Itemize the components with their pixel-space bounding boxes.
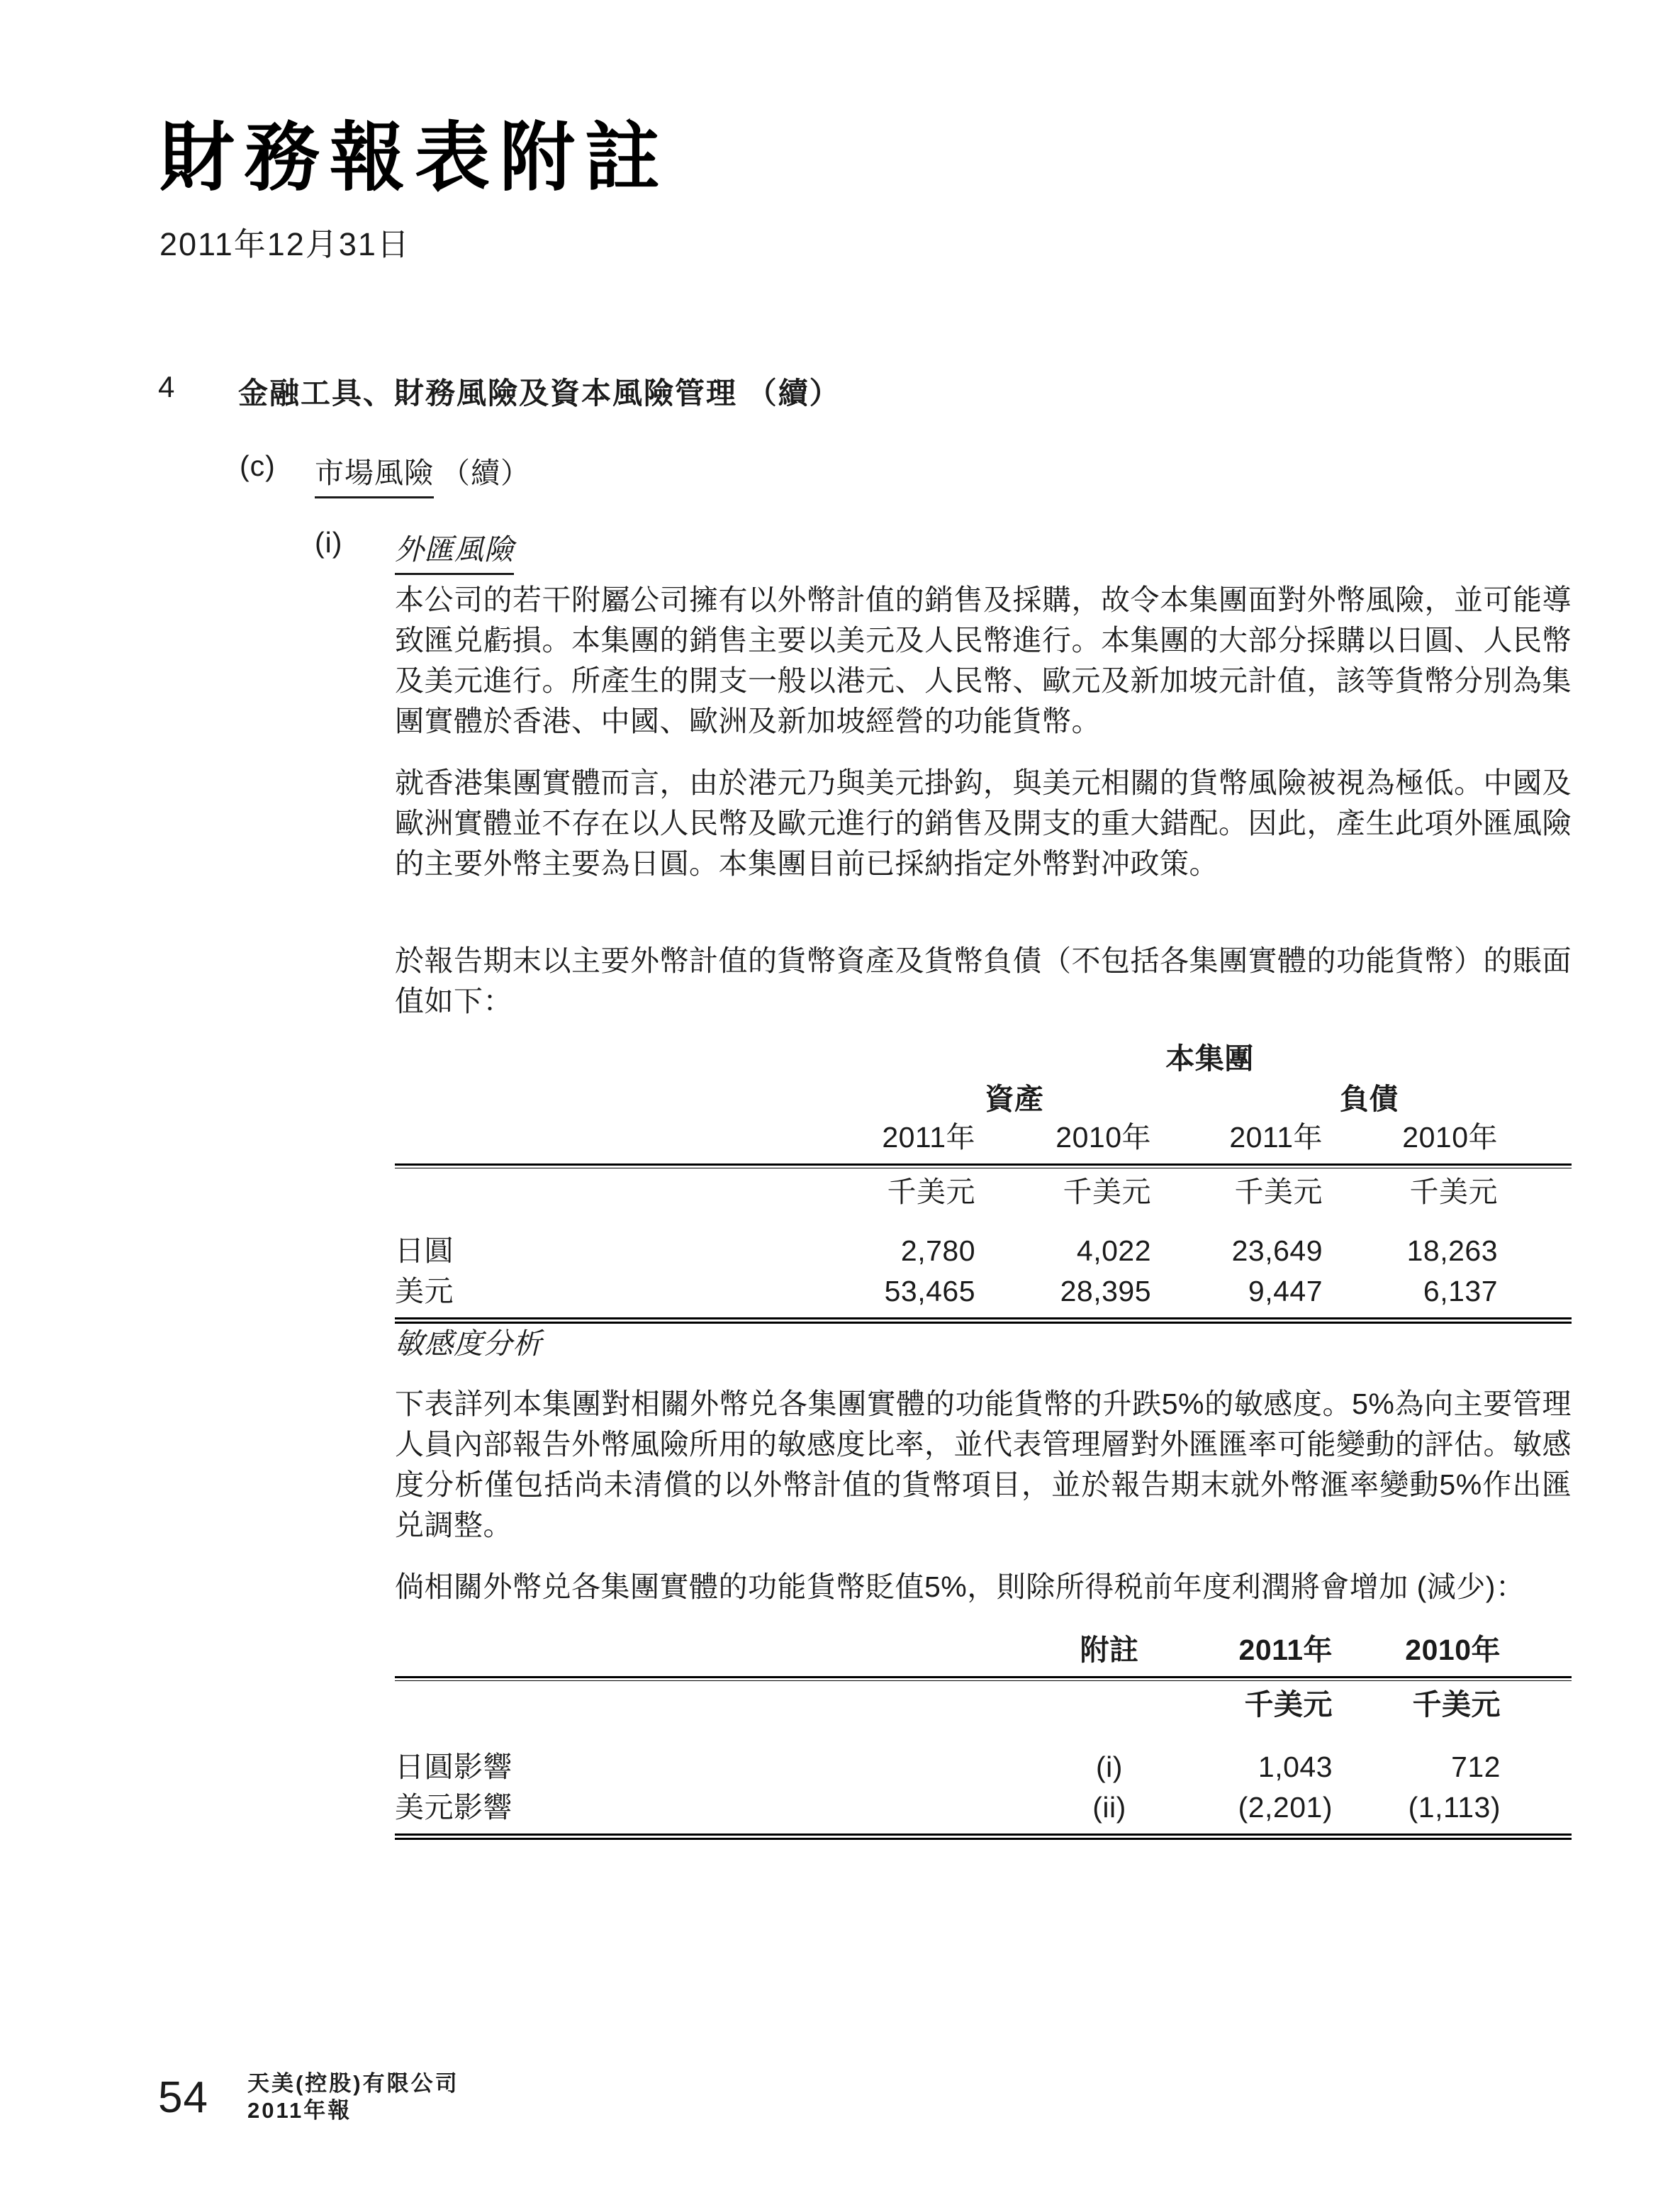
annual-report-year: 2011年報 bbox=[247, 2097, 459, 2124]
table2-units-row: 千美元 千美元 bbox=[395, 1681, 1572, 1747]
page-footer: 54 天美(控股)有限公司 2011年報 bbox=[158, 2070, 459, 2124]
subsection-c-heading: (c) 市場風險 （續） bbox=[240, 450, 530, 498]
table2-usd-2010: (1,113) bbox=[1333, 1787, 1501, 1828]
table1-year-col2: 2010年 bbox=[975, 1120, 1151, 1163]
spacer bbox=[395, 1168, 798, 1231]
footer-company-block: 天美(控股)有限公司 2011年報 bbox=[247, 2070, 459, 2124]
paragraph-sensitivity-detail: 下表詳列本集團對相關外幣兑各集團實體的功能貨幣的升跌5%的敏感度。5%為向主要管… bbox=[395, 1384, 1572, 1546]
section-title: 金融工具、財務風險及資本風險管理 （續） bbox=[238, 370, 841, 413]
sensitivity-effect-table: 附註 2011年 2010年 千美元 千美元 日圓影響 (i) 1,043 71… bbox=[395, 1632, 1572, 1840]
monetary-assets-liabilities-table: 本集團 資產 負債 2011年 2010年 2011年 2010年 千美元 千美… bbox=[395, 1039, 1572, 1324]
table1-years-row: 2011年 2010年 2011年 2010年 bbox=[395, 1120, 1572, 1163]
subsection-i-label: (i) bbox=[315, 526, 395, 559]
spacer bbox=[395, 1120, 798, 1163]
subsection-c-title: 市場風險 bbox=[315, 450, 434, 498]
spacer bbox=[395, 1681, 1056, 1747]
table2-jpy-2010: 712 bbox=[1333, 1747, 1501, 1787]
spacer bbox=[1501, 1787, 1571, 1828]
page-date: 2011年12月31日 bbox=[159, 218, 670, 264]
table1-jpy-assets-2010: 4,022 bbox=[975, 1231, 1151, 1271]
spacer bbox=[1501, 1681, 1571, 1747]
table1-unit-col1: 千美元 bbox=[798, 1168, 975, 1231]
paragraph-carrying-amounts-intro: 於報告期末以主要外幣計值的貨幣資產及貨幣負債（不包括各集團實體的功能貨幣）的賬面… bbox=[395, 941, 1572, 1022]
report-page: 財務報表附註 2011年12月31日 4 金融工具、財務風險及資本風險管理 （續… bbox=[0, 0, 1680, 2188]
table1-row-jpy: 日圓 2,780 4,022 23,649 18,263 bbox=[395, 1231, 1572, 1271]
table2-header-row: 附註 2011年 2010年 bbox=[395, 1632, 1572, 1676]
table1-year-col4: 2010年 bbox=[1323, 1120, 1498, 1163]
table1-units-row: 千美元 千美元 千美元 千美元 bbox=[395, 1168, 1572, 1231]
table2-unit-col1: 千美元 bbox=[1163, 1681, 1333, 1747]
document-header: 財務報表附註 2011年12月31日 bbox=[159, 117, 670, 264]
table2-year-col1: 2011年 bbox=[1163, 1632, 1333, 1676]
table2-header-rule bbox=[395, 1676, 1572, 1681]
table1-group-header-row: 本集團 bbox=[395, 1039, 1572, 1079]
subsection-i-title: 外匯風險 bbox=[395, 526, 514, 575]
table2-row-jpy-impact: 日圓影響 (i) 1,043 712 bbox=[395, 1747, 1572, 1787]
table1-colgroup-row: 資產 負債 bbox=[395, 1079, 1572, 1120]
spacer bbox=[1501, 1632, 1571, 1676]
row-label: 日圓 bbox=[395, 1231, 798, 1271]
subsection-i-heading: (i) 外匯風險 bbox=[315, 526, 514, 575]
row-label: 美元影響 bbox=[395, 1787, 1056, 1828]
table1-year-col3: 2011年 bbox=[1151, 1120, 1323, 1163]
section-number: 4 bbox=[158, 370, 238, 404]
spacer bbox=[1498, 1120, 1571, 1163]
table1-unit-col2: 千美元 bbox=[975, 1168, 1151, 1231]
spacer bbox=[1501, 1747, 1571, 1787]
table1-assets-header: 資產 bbox=[838, 1079, 1191, 1120]
table1-jpy-liab-2011: 23,649 bbox=[1151, 1231, 1323, 1271]
table1-group-header: 本集團 bbox=[860, 1039, 1559, 1079]
table2-row-usd-impact: 美元影響 (ii) (2,201) (1,113) bbox=[395, 1787, 1572, 1828]
company-name: 天美(控股)有限公司 bbox=[247, 2070, 459, 2097]
table1-usd-liab-2010: 6,137 bbox=[1323, 1271, 1498, 1312]
table2-note-header: 附註 bbox=[1056, 1632, 1163, 1676]
table1-unit-col4: 千美元 bbox=[1323, 1168, 1498, 1231]
table2-usd-note-ref: (ii) bbox=[1056, 1787, 1163, 1828]
table1-row-usd: 美元 53,465 28,395 9,447 6,137 bbox=[395, 1271, 1572, 1312]
table2-unit-col2: 千美元 bbox=[1333, 1681, 1501, 1747]
spacer bbox=[1056, 1681, 1163, 1747]
table2-jpy-2011: 1,043 bbox=[1163, 1747, 1333, 1787]
table1-jpy-assets-2011: 2,780 bbox=[798, 1231, 975, 1271]
table1-bottom-rule bbox=[395, 1317, 1572, 1324]
table2-year-col2: 2010年 bbox=[1333, 1632, 1501, 1676]
section-heading: 4 金融工具、財務風險及資本風險管理 （續） bbox=[158, 370, 841, 413]
subsection-c-continued: （續） bbox=[441, 450, 530, 491]
table1-usd-assets-2011: 53,465 bbox=[798, 1271, 975, 1312]
spacer bbox=[1498, 1231, 1571, 1271]
paragraph-fx-exposure: 本公司的若干附屬公司擁有以外幣計值的銷售及採購，故令本集團面對外幣風險，並可能導… bbox=[395, 580, 1572, 742]
content-column: 本公司的若干附屬公司擁有以外幣計值的銷售及採購，故令本集團面對外幣風險，並可能導… bbox=[395, 580, 1572, 1840]
table1-header-rule bbox=[395, 1163, 1572, 1168]
subsection-c-label: (c) bbox=[240, 450, 315, 483]
row-label: 美元 bbox=[395, 1271, 798, 1312]
page-title: 財務報表附註 bbox=[159, 117, 670, 200]
table1-usd-assets-2010: 28,395 bbox=[975, 1271, 1151, 1312]
sensitivity-analysis-heading: 敏感度分析 bbox=[395, 1324, 1572, 1364]
paragraph-depreciation-effect-intro: 倘相關外幣兑各集團實體的功能貨幣貶值5%，則除所得税前年度利潤將會增加 (減少)… bbox=[395, 1567, 1572, 1607]
table2-jpy-note-ref: (i) bbox=[1056, 1747, 1163, 1787]
row-label: 日圓影響 bbox=[395, 1747, 1056, 1787]
table1-unit-col3: 千美元 bbox=[1151, 1168, 1323, 1231]
table1-year-col1: 2011年 bbox=[798, 1120, 975, 1163]
spacer bbox=[1498, 1271, 1571, 1312]
table1-usd-liab-2011: 9,447 bbox=[1151, 1271, 1323, 1312]
page-number: 54 bbox=[158, 2076, 208, 2120]
table1-jpy-liab-2010: 18,263 bbox=[1323, 1231, 1498, 1271]
paragraph-hkd-peg: 就香港集團實體而言，由於港元乃與美元掛鈎，與美元相關的貨幣風險被視為極低。中國及… bbox=[395, 763, 1572, 884]
table2-usd-2011: (2,201) bbox=[1163, 1787, 1333, 1828]
spacer bbox=[395, 1632, 1056, 1676]
spacer bbox=[1498, 1168, 1571, 1231]
table2-bottom-rule bbox=[395, 1833, 1572, 1840]
table1-liabilities-header: 負債 bbox=[1196, 1079, 1542, 1120]
